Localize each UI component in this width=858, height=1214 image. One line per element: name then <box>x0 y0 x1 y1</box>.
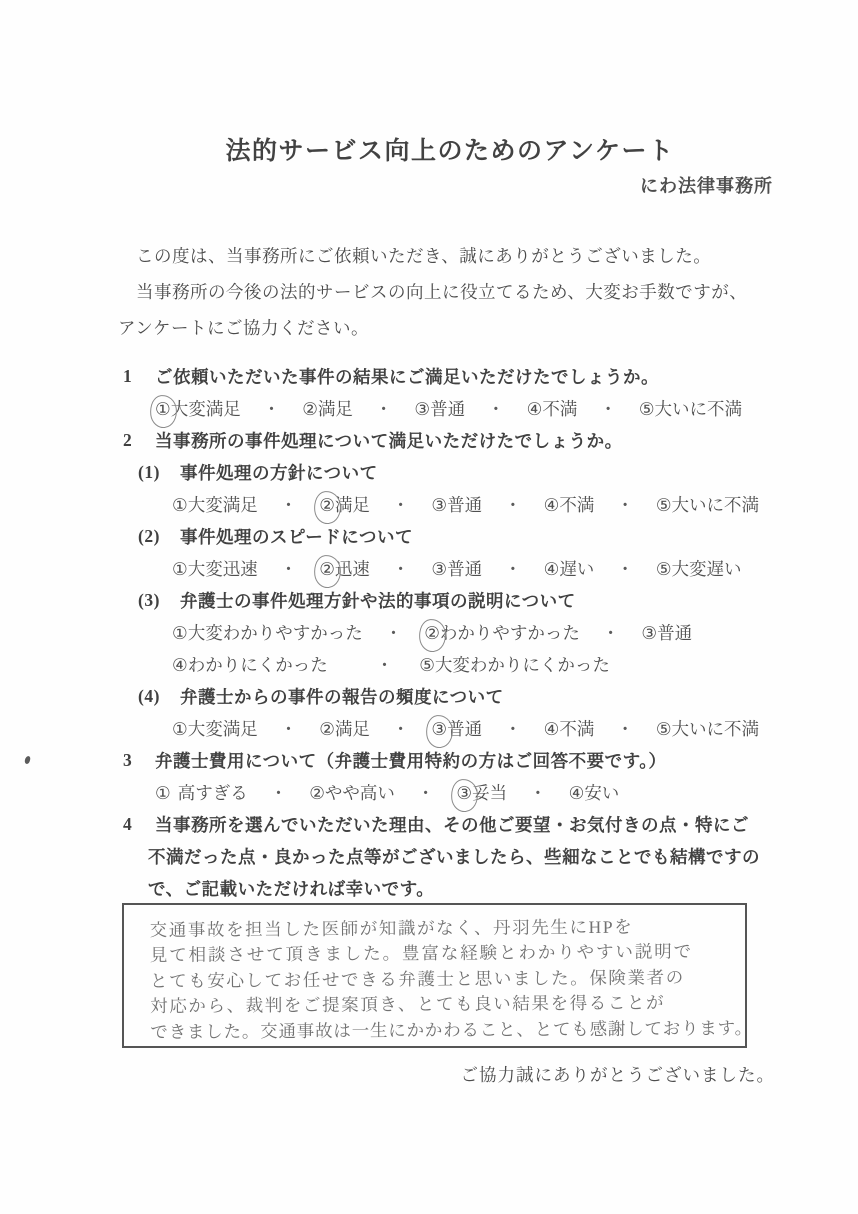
question-2-3-options-row-2: ④わかりにくかった ・ ⑤大変わかりにくかった <box>123 648 808 680</box>
option: ②満足 <box>319 716 370 741</box>
option: ④わかりにくかった <box>172 652 328 677</box>
option-number: ② <box>319 559 335 580</box>
option-label: 大いに不満 <box>672 719 760 739</box>
question-text: 弁護士の事件処理方針や法的事項の説明について <box>180 588 576 613</box>
option-label: 大変わかりやすかった <box>188 623 363 643</box>
option-number: ④ <box>569 783 585 804</box>
option-separator: ・ <box>392 492 410 517</box>
option-number: ① <box>172 495 188 516</box>
option-label: 大変遅い <box>672 559 742 579</box>
option: ①大変わかりやすかった <box>172 620 363 645</box>
option-label: 不満 <box>542 399 577 419</box>
option-label: 大変迅速 <box>188 559 258 579</box>
question-1-title: 1 ご依頼いただいた事件の結果にご満足いただけたでしょうか。 <box>123 360 808 392</box>
option: ②やや高い <box>309 780 395 805</box>
option-separator: ・ <box>376 652 394 677</box>
option-number: ③ <box>431 495 447 516</box>
option-number: ⑤ <box>419 655 435 676</box>
option: ③普通 <box>431 492 482 517</box>
option-label: わかりにくかった <box>188 655 328 675</box>
option: ③普通 <box>641 620 692 645</box>
option-label: 大変満足 <box>171 399 241 419</box>
intro-paragraph: この度は、当事務所にご依頼いただき、誠にありがとうございました。 当事務所の今後… <box>118 238 788 346</box>
option-number: ⑤ <box>639 399 655 420</box>
question-2-3-title: (3) 弁護士の事件処理方針や法的事項の説明について <box>123 584 808 616</box>
question-1-options: ①大変満足 ・ ②満足 ・ ③普通 ・ ④不満 ・ ⑤大いに不満 <box>123 392 808 424</box>
option-number: ② <box>319 495 335 516</box>
question-text: で、ご記載いただければ幸いです。 <box>148 876 434 901</box>
option-label: 不満 <box>559 495 594 515</box>
page-title: 法的サービス向上のためのアンケート <box>0 131 858 167</box>
question-text: 当事務所を選んでいただいた理由、その他ご要望・お気付きの点・特にご <box>155 812 749 837</box>
option-label: 普通 <box>447 495 482 515</box>
option: ②満足 <box>319 492 370 517</box>
option: ②迅速 <box>319 556 370 581</box>
option-number: ④ <box>544 559 560 580</box>
option-number: ② <box>309 783 325 804</box>
question-number: (3) <box>138 590 180 611</box>
option: ③普通 <box>431 716 482 741</box>
option-number: ④ <box>172 655 188 676</box>
question-number: 2 <box>123 430 155 451</box>
option-number: ① <box>172 623 188 644</box>
option: ⑤大変わかりにくかった <box>419 652 610 677</box>
option-separator: ・ <box>487 396 505 421</box>
intro-line: この度は、当事務所にご依頼いただき、誠にありがとうございました。 <box>118 238 788 274</box>
question-text: ご依頼いただいた事件の結果にご満足いただけたでしょうか。 <box>155 364 659 389</box>
option-label: 遅い <box>559 559 594 579</box>
option-separator: ・ <box>504 716 522 741</box>
question-4-title-line-1: 4 当事務所を選んでいただいた理由、その他ご要望・お気付きの点・特にご <box>123 808 808 840</box>
option-separator: ・ <box>385 620 403 645</box>
scan-speck <box>24 756 31 765</box>
option: ⑤大いに不満 <box>656 716 759 741</box>
option-label: 不満 <box>559 719 594 739</box>
option-separator: ・ <box>280 716 298 741</box>
option-separator: ・ <box>263 396 281 421</box>
option: ①大変迅速 <box>172 556 258 581</box>
question-4-title-line-2: 不満だった点・良かった点等がございましたら、些細なことでも結構ですの <box>123 840 808 872</box>
option-label: 大変満足 <box>188 495 258 515</box>
option-number: ③ <box>431 559 447 580</box>
question-text: 事件処理のスピードについて <box>180 524 413 549</box>
option-number: ⑤ <box>656 559 672 580</box>
option: ②わかりやすかった <box>424 620 580 645</box>
question-number: (4) <box>138 686 180 707</box>
questions-section: 1 ご依頼いただいた事件の結果にご満足いただけたでしょうか。 ①大変満足 ・ ②… <box>123 360 808 904</box>
option: ④不満 <box>527 396 578 421</box>
handwritten-line: 見て相談させて頂きました。豊富な経験とわかりやすい説明で <box>150 939 731 968</box>
question-text: 弁護士費用について（弁護士費用特約の方はご回答不要です。） <box>155 748 667 773</box>
option-number: ② <box>424 623 440 644</box>
question-text: 弁護士からの事件の報告の頻度について <box>180 684 504 709</box>
option-label: 普通 <box>657 623 692 643</box>
option-separator: ・ <box>280 556 298 581</box>
question-text: 不満だった点・良かった点等がございましたら、些細なことでも結構ですの <box>148 844 760 869</box>
option-separator: ・ <box>392 556 410 581</box>
option-label: やや高い <box>325 783 395 803</box>
option-number: ④ <box>527 399 543 420</box>
option: ④不満 <box>544 492 595 517</box>
closing-thanks: ご協力誠にありがとうございました。 <box>461 1062 776 1087</box>
option-number: ② <box>302 399 318 420</box>
option-number: ③ <box>414 399 430 420</box>
option: ⑤大変遅い <box>656 556 742 581</box>
option: ①高すぎる <box>155 780 248 805</box>
option-separator: ・ <box>417 780 435 805</box>
option-label: 満足 <box>318 399 353 419</box>
handwritten-comment: 交通事故を担当した医師が知識がなく、丹羽先生にHPを 見て相談させて頂きました。… <box>150 914 732 1045</box>
option: ①大変満足 <box>155 396 241 421</box>
question-number: 4 <box>123 814 155 835</box>
option-label: わかりやすかった <box>440 623 580 643</box>
option-separator: ・ <box>375 396 393 421</box>
question-2-2-title: (2) 事件処理のスピードについて <box>123 520 808 552</box>
option: ③妥当 <box>456 780 507 805</box>
option-number: ① <box>155 399 171 420</box>
option: ②満足 <box>302 396 353 421</box>
option-separator: ・ <box>529 780 547 805</box>
question-2-1-options: ①大変満足 ・ ②満足 ・ ③普通 ・ ④不満 ・ ⑤大いに不満 <box>123 488 808 520</box>
option-label: 普通 <box>447 559 482 579</box>
option-separator: ・ <box>616 556 634 581</box>
option-label: 安い <box>584 783 619 803</box>
option-number: ⑤ <box>656 719 672 740</box>
option-number: ① <box>172 719 188 740</box>
option-label: 大変満足 <box>188 719 258 739</box>
question-2-2-options: ①大変迅速 ・ ②迅速 ・ ③普通 ・ ④遅い ・ ⑤大変遅い <box>123 552 808 584</box>
handwritten-answer-box: 交通事故を担当した医師が知識がなく、丹羽先生にHPを 見て相談させて頂きました。… <box>122 903 747 1048</box>
option-number: ① <box>172 559 188 580</box>
option-separator: ・ <box>270 780 288 805</box>
question-text: 事件処理の方針について <box>180 460 378 485</box>
question-3-options: ①高すぎる ・ ②やや高い ・ ③妥当 ・ ④安い <box>123 776 808 808</box>
question-3-title: 3 弁護士費用について（弁護士費用特約の方はご回答不要です。） <box>123 744 808 776</box>
option-label: 高すぎる <box>178 783 248 803</box>
option: ③普通 <box>414 396 465 421</box>
option-separator: ・ <box>616 492 634 517</box>
option: ④遅い <box>544 556 595 581</box>
intro-line: 当事務所の今後の法的サービスの向上に役立てるため、大変お手数ですが、 <box>118 274 788 310</box>
option-number: ③ <box>456 783 472 804</box>
option-separator: ・ <box>504 556 522 581</box>
question-4-title-line-3: で、ご記載いただければ幸いです。 <box>123 872 808 904</box>
option-separator: ・ <box>599 396 617 421</box>
option-separator: ・ <box>392 716 410 741</box>
option-number: ② <box>319 719 335 740</box>
question-number: 3 <box>123 750 155 771</box>
option: ⑤大いに不満 <box>656 492 759 517</box>
option-number: ④ <box>544 495 560 516</box>
option-number: ⑤ <box>656 495 672 516</box>
question-text: 当事務所の事件処理について満足いただけたでしょうか。 <box>155 428 623 453</box>
option-number: ④ <box>544 719 560 740</box>
option: ④安い <box>569 780 620 805</box>
question-number: 1 <box>123 366 155 387</box>
option-separator: ・ <box>616 716 634 741</box>
option: ①大変満足 <box>172 492 258 517</box>
handwritten-line: 対応から、裁判をご提案頂き、とても良い結果を得ることが <box>150 990 731 1019</box>
option-number: ③ <box>641 623 657 644</box>
option-label: 大変わかりにくかった <box>435 655 610 675</box>
question-2-title: 2 当事務所の事件処理について満足いただけたでしょうか。 <box>123 424 808 456</box>
question-2-3-options-row-1: ①大変わかりやすかった ・ ②わかりやすかった ・ ③普通 <box>123 616 808 648</box>
option-separator: ・ <box>504 492 522 517</box>
intro-line: アンケートにご協力ください。 <box>118 310 788 346</box>
question-number: (1) <box>138 462 180 483</box>
option-label: 満足 <box>335 719 370 739</box>
firm-name: にわ法律事務所 <box>640 172 773 198</box>
scanned-survey-page: 法的サービス向上のためのアンケート にわ法律事務所 この度は、当事務所にご依頼い… <box>0 0 858 1214</box>
option-number: ③ <box>431 719 447 740</box>
option-separator: ・ <box>280 492 298 517</box>
option: ③普通 <box>431 556 482 581</box>
option-number: ① <box>155 783 171 804</box>
option-separator: ・ <box>602 620 620 645</box>
option: ⑤大いに不満 <box>639 396 742 421</box>
option-label: 大いに不満 <box>655 399 743 419</box>
question-2-1-title: (1) 事件処理の方針について <box>123 456 808 488</box>
question-2-4-title: (4) 弁護士からの事件の報告の頻度について <box>123 680 808 712</box>
question-2-4-options: ①大変満足 ・ ②満足 ・ ③普通 ・ ④不満 ・ ⑤大いに不満 <box>123 712 808 744</box>
option-label: 普通 <box>430 399 465 419</box>
question-number: (2) <box>138 526 180 547</box>
option: ④不満 <box>544 716 595 741</box>
option-label: 大いに不満 <box>672 495 760 515</box>
handwritten-line: できました。交通事故は一生にかかわること、とても感謝しております。 <box>150 1016 731 1045</box>
option: ①大変満足 <box>172 716 258 741</box>
